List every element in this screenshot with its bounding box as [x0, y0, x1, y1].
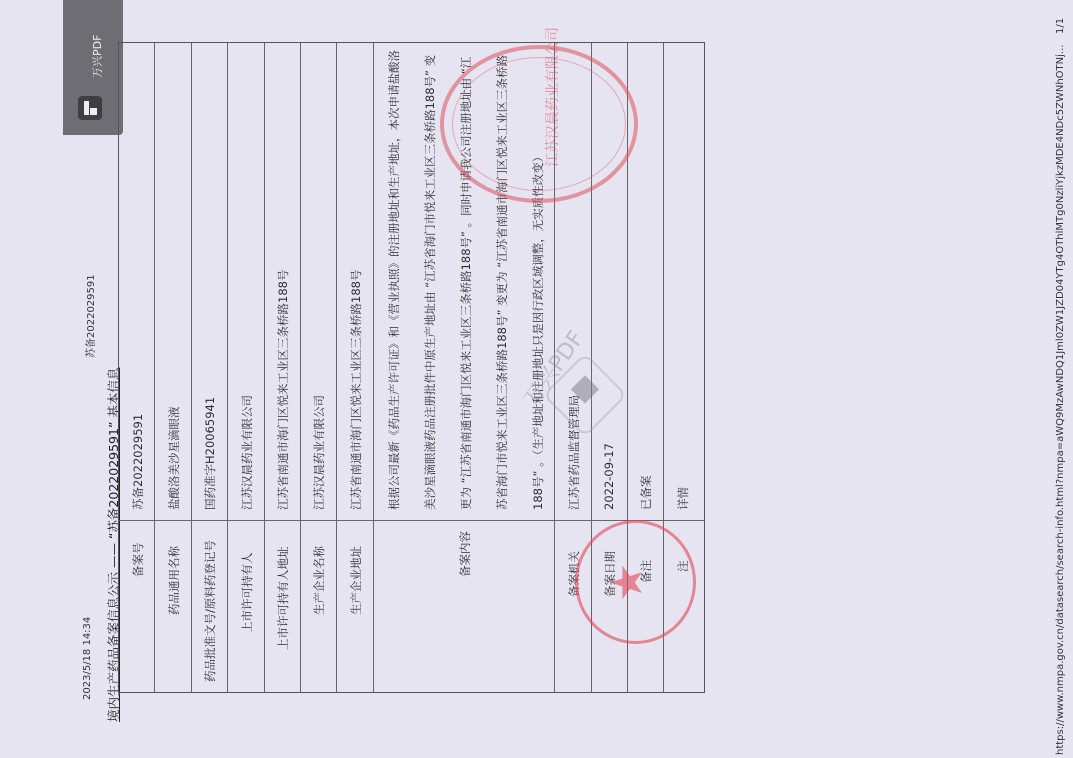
company-seal-text: 江苏汉晨药业有限公司	[542, 27, 562, 167]
label-generic-name: 药品通用名称	[166, 546, 182, 615]
filing-content-line-5: 188号” 。（生产地址和注册地址只是因行政区域调整，无实质性改变）	[530, 151, 546, 510]
value-manufacturer-address: 江苏省南通市海门区悦来工业区三条桥路188号	[348, 270, 364, 510]
value-generic-name: 盐酸洛美沙星滴眼液	[166, 407, 182, 511]
value-mah: 江苏汉晨药业有限公司	[239, 395, 255, 510]
label-mah: 上市许可持有人	[239, 553, 255, 634]
label-approval-no: 药品批准文号/原料药登记号	[202, 540, 218, 682]
wondershare-pdf-logo-icon	[78, 96, 102, 120]
value-remark: 已备案	[638, 476, 654, 511]
print-datetime: 2023/5/18 14:34	[82, 617, 93, 700]
details-link[interactable]: 详情	[675, 487, 691, 510]
value-manufacturer: 江苏汉晨药业有限公司	[311, 395, 327, 510]
page-number: 1/1	[1055, 18, 1066, 34]
value-approval-no: 国药准字H20065941	[202, 397, 218, 510]
source-url: https://www.nmpa.gov.cn/datasearch/searc…	[1055, 45, 1066, 755]
star-icon: ★	[602, 563, 653, 602]
value-filing-date: 2022-09-17	[602, 443, 616, 510]
label-manufacturer-address: 生产企业地址	[348, 546, 364, 615]
label-manufacturer: 生产企业名称	[311, 546, 327, 615]
value-mah-address: 江苏省南通市海门区悦来工业区三条桥路188号	[275, 270, 291, 510]
agency-seal: ★	[575, 520, 696, 644]
doc-code: 苏备2022029591	[82, 274, 97, 358]
label-filing-no: 备案号	[130, 543, 146, 578]
app-name: 万兴PDF	[89, 35, 105, 78]
filing-content-line-1: 根据公司最新《药品生产许可证》和《营业执照》的注册地址和生产地址，本次申请盐酸洛	[386, 50, 402, 510]
filing-content-line-2: 美沙星滴眼液药品注册批件中原生产地址由 “江苏省海门市悦来工业区三条桥路188号…	[422, 55, 438, 510]
pdf-app-badge[interactable]: 万兴PDF	[63, 0, 123, 135]
company-seal: 江苏汉晨药业有限公司	[440, 45, 638, 203]
label-filing-content: 备案内容	[457, 531, 473, 577]
label-mah-address: 上市许可持有人地址	[275, 547, 291, 651]
value-filing-no: 苏备2022029591	[130, 414, 146, 510]
